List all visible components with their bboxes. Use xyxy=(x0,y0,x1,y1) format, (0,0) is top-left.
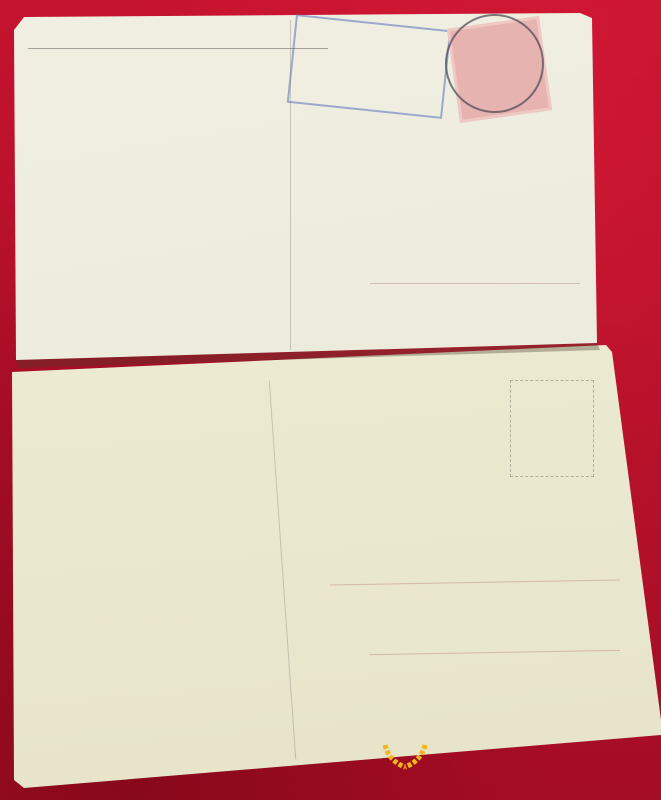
inicial-watermark-logo xyxy=(375,713,645,773)
stamp-placeholder-box xyxy=(510,380,594,477)
mip-emblem-icon xyxy=(375,713,435,773)
postmark-circle xyxy=(445,14,544,113)
censor-stamp-box xyxy=(287,14,451,119)
card-divider-line xyxy=(290,20,291,350)
heading-underline xyxy=(28,48,328,49)
address-rule xyxy=(370,283,580,284)
